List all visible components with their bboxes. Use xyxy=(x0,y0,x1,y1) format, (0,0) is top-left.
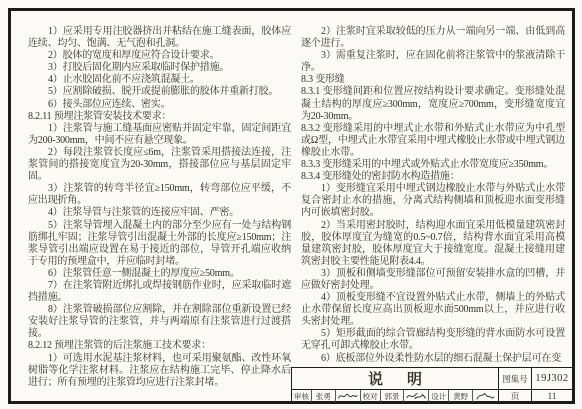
proof-label: 校对 xyxy=(361,390,381,402)
signature-icon xyxy=(337,391,358,401)
designer-signature xyxy=(473,390,498,402)
paragraph-item: 1）注浆管与施工缝基面应密贴并固定牢靠，固定间距宜为200-300mm，中间不应… xyxy=(28,123,291,147)
page-no-label: 页 xyxy=(499,389,532,402)
paragraph-item: 6）注浆管任意一侧混凝土的厚度应≥50mm。 xyxy=(28,268,291,280)
section-heading: 8.2.11 预埋注浆管安装技术要求： xyxy=(28,111,291,123)
paragraph-item: 5）注浆导管埋入混凝土内的部分至少应有一处与结构钢筋绑扎牢固；注浆导管引出混凝土… xyxy=(28,220,291,268)
paragraph-item: 1）可选用水泥基注浆材料，也可采用聚氨酯、改性环氧树脂等化学注浆材料。注浆应在结… xyxy=(28,353,291,389)
document-page: 1）应采用专用注胶器挤出并粘结在施工缝表面，胶体应连续、均匀、饱满、无气泡和孔洞… xyxy=(0,0,582,409)
paragraph-item: 3）需重复注浆时，应在固化前将注浆管中的浆液清除干净。 xyxy=(301,50,565,74)
paragraph-item: 4）注浆导管与注浆管的连接应牢固、严密。 xyxy=(28,207,291,219)
paragraph-item: 2）每段注浆管长度应≤6m，注浆管采用搭接法连接，注浆管间的搭接宽度宜为20-3… xyxy=(28,147,291,183)
paragraph-item: 1）应采用专用注胶器挤出并粘结在施工缝表面，胶体应连续、均匀、饱满、无气泡和孔洞… xyxy=(28,26,291,50)
paragraph-item: 5）矩形截面的综合管廊结构变形缝的背水面防水可设置无穿孔可卸式橡胶止水带。 xyxy=(301,328,565,352)
title-block: 说明 审核 张勇 校对 郭景 设计 黄野 xyxy=(291,367,572,401)
sheet-title: 说明 xyxy=(292,368,499,389)
paragraph-item: 2）注浆时宜采取较低的压力从一端向另一端、由低到高逐个进行。 xyxy=(301,26,565,50)
paragraph-item: 2）胶体的宽度和厚度应符合设计要求。 xyxy=(28,50,291,62)
title-block-names-row: 审核 张勇 校对 郭景 设计 黄野 xyxy=(292,389,499,402)
paragraph-item: 3）打胶后固化期内应采取临时保护措施。 xyxy=(28,62,291,74)
atlas-number: 19J302 xyxy=(532,368,572,389)
reviewer-name: 张勇 xyxy=(312,390,336,402)
proofer-name: 郭景 xyxy=(381,390,405,402)
page-frame: 1）应采用专用注胶器挤出并粘结在施工缝表面，胶体应连续、均匀、饱满、无气泡和孔洞… xyxy=(8,8,575,404)
paragraph-item: 8）注浆管破损部位应割除，并在割除部位重新设置已经安装好注浆导管的注浆管，并与两… xyxy=(28,304,291,340)
paragraph-item: 2）当采用密封胶时，结构迎水面宜采用低模量建筑密封胶，胶体厚度宜为缝宽的0.5~… xyxy=(301,220,565,268)
text-column-right: 2）注浆时宜采取较低的压力从一端向另一端、由低到高逐个进行。3）需重复注浆时，应… xyxy=(301,26,565,365)
section-heading: 8.3.1 变形缝间距和位置应按结构设计要求确定。变形缝处混凝土结构的厚度应≥3… xyxy=(301,86,565,122)
text-column-left: 1）应采用专用注胶器挤出并粘结在施工缝表面，胶体应连续、均匀、饱满、无气泡和孔洞… xyxy=(28,26,291,389)
section-heading: 8.3 变形缝 xyxy=(301,74,565,86)
designer-name: 黄野 xyxy=(449,390,473,402)
paragraph-item: 7）在注浆管附近绑扎或焊接钢筋作业时，应采取临时遮挡措施。 xyxy=(28,280,291,304)
reviewer-signature xyxy=(336,390,361,402)
design-label: 设计 xyxy=(429,390,449,402)
section-heading: 8.3.4 变形缝处的密封防水构造措施： xyxy=(301,171,565,183)
paragraph-item: 4）止水胶固化前不应浇筑混凝土。 xyxy=(28,74,291,86)
atlas-no-label: 图集号 xyxy=(499,368,532,389)
section-heading: 8.3.3 变形缝采用的中埋式或外贴式止水带宽度应≥350mm。 xyxy=(301,159,565,171)
signature-icon xyxy=(406,391,427,401)
paragraph-item: 4）顶板变形缝不宜设置外贴式止水带，侧墙上的外贴式止水带保留长度应高出顶板迎水面… xyxy=(301,292,565,328)
paragraph-item: 6）接头部位应连续、密实。 xyxy=(28,99,291,111)
paragraph-item: 1）变形缝宜采用中埋式钢边橡胶止水带与外贴式止水带复合密封止水的措施，分离式结构… xyxy=(301,183,565,219)
proofer-signature xyxy=(404,390,429,402)
review-label: 审核 xyxy=(292,390,312,402)
paragraph-item: 5）应割除破损、脱开或提前膨胀的胶体并重新打胶。 xyxy=(28,86,291,98)
signature-icon xyxy=(475,391,496,401)
section-heading: 8.3.2 变形缝采用的中埋式止水带和外贴式止水带应为中孔型或Ω型，中埋式止水带… xyxy=(301,123,565,159)
section-heading: 8.2.12 预埋注浆管的后注浆施工技术要求： xyxy=(28,340,291,352)
paragraph-item: 6）底板部位外设柔性防水层的细石混凝土保护层可在变 xyxy=(301,353,565,365)
page-number: 11 xyxy=(532,389,572,402)
paragraph-item: 3）顶板和侧墙变形缝部位可预留安装排水盒的凹槽，并应做好密封处理。 xyxy=(301,268,565,292)
paragraph-item: 3）注浆管的转弯半径宜≥150mm，转弯部位应平缓，不应出现折角。 xyxy=(28,183,291,207)
